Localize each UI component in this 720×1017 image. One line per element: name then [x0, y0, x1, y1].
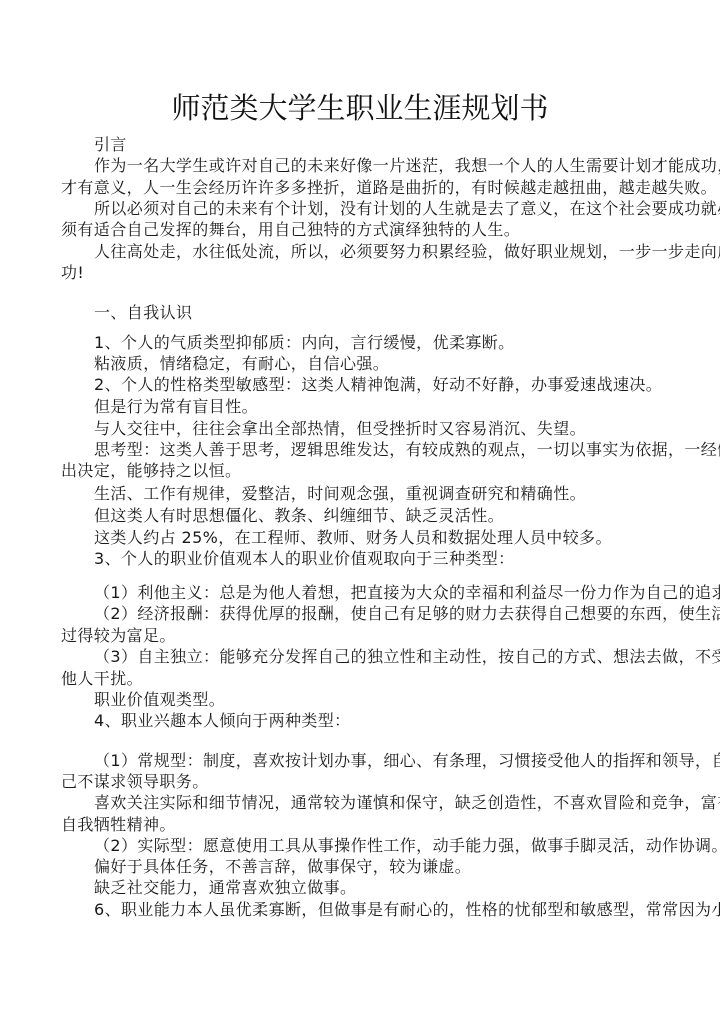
paragraph-line: 6、职业能力本人虽优柔寡断，但做事是有耐心的，性格的忧郁型和敏感型，常常因为小 [94, 899, 664, 920]
paragraph-line: 一、自我认识 [94, 302, 664, 323]
paragraph-line: 引言 [94, 134, 664, 155]
paragraph-line: 须有适合自己发挥的舞台，用自己独特的方式演绎独特的人生。 [61, 219, 661, 240]
paragraph-line: 偏好于具体任务，不善言辞，做事保守，较为谦虚。 [94, 856, 664, 877]
paragraph-line: 功! [61, 262, 661, 283]
paragraph-line: 思考型：这类人善于思考，逻辑思维发达，有较成熟的观点，一切以事实为依据，一经做 [94, 439, 664, 460]
paragraph-line: 作为一名大学生或许对自己的未来好像一片迷茫，我想一个人的人生需要计划才能成功， [94, 155, 664, 176]
paragraph-line: 人往高处走，水往低处流，所以，必须要努力积累经验，做好职业规划，一步一步走向成 [94, 241, 664, 262]
paragraph-line: 这类人约占 25%，在工程师、教师、财务人员和数据处理人员中较多。 [94, 527, 664, 548]
paragraph-line: 3、个人的职业价值观本人的职业价值观取向于三种类型： [94, 548, 664, 569]
paragraph-line: （1）常规型：制度，喜欢按计划办事，细心、有条理，习惯接受他人的指挥和领导，自 [94, 750, 664, 771]
document-page: 师范类大学生职业生涯规划书 引言作为一名大学生或许对自己的未来好像一片迷茫，我想… [0, 0, 720, 1017]
paragraph-line: 4、职业兴趣本人倾向于两种类型： [94, 710, 664, 731]
paragraph-line: 己不谋求领导职务。 [61, 771, 661, 792]
paragraph-line: 所以必须对自己的未来有个计划，没有计划的人生就是去了意义，在这个社会要成功就必 [94, 198, 664, 219]
paragraph-line: 但是行为常有盲目性。 [94, 396, 664, 417]
paragraph-line: （2）经济报酬：获得优厚的报酬，使自己有足够的财力去获得自己想要的东西，使生活 [94, 603, 664, 624]
paragraph-line: （1）利他主义：总是为他人着想，把直接为大众的幸福和利益尽一份力作为自己的追求。 [94, 582, 664, 603]
paragraph-line: 才有意义，人一生会经历许许多多挫折，道路是曲折的，有时候越走越扭曲，越走越失败。 [61, 177, 661, 198]
paragraph-line: 职业价值观类型。 [94, 689, 664, 710]
paragraph-line: 他人干扰。 [61, 668, 661, 689]
paragraph-line: 缺乏社交能力，通常喜欢独立做事。 [94, 877, 664, 898]
paragraph-line: 粘液质，情绪稳定，有耐心，自信心强。 [94, 353, 664, 374]
paragraph-line: （3）自主独立：能够充分发挥自己的独立性和主动性，按自己的方式、想法去做，不受 [94, 646, 664, 667]
paragraph-line: 过得较为富足。 [61, 625, 661, 646]
paragraph-line: 自我牺牲精神。 [61, 814, 661, 835]
paragraph-line: 生活、工作有规律，爱整洁，时间观念强，重视调查研究和精确性。 [94, 483, 664, 504]
paragraph-line: 2、个人的性格类型敏感型：这类人精神饱满，好动不好静，办事爱速战速决。 [94, 374, 664, 395]
document-title: 师范类大学生职业生涯规划书 [0, 88, 720, 128]
paragraph-line: 喜欢关注实际和细节情况，通常较为谨慎和保守，缺乏创造性，不喜欢冒险和竞争，富有 [94, 792, 664, 813]
paragraph-line: 1、个人的气质类型抑郁质：内向，言行缓慢，优柔寡断。 [94, 332, 664, 353]
paragraph-line: 出决定，能够持之以恒。 [61, 460, 661, 481]
paragraph-line: （2）实际型：愿意使用工具从事操作性工作，动手能力强，做事手脚灵活，动作协调。 [94, 835, 664, 856]
paragraph-line: 但这类人有时思想僵化、教条、纠缠细节、缺乏灵活性。 [94, 505, 664, 526]
paragraph-line: 与人交往中，往往会拿出全部热情，但受挫折时又容易消沉、失望。 [94, 418, 664, 439]
